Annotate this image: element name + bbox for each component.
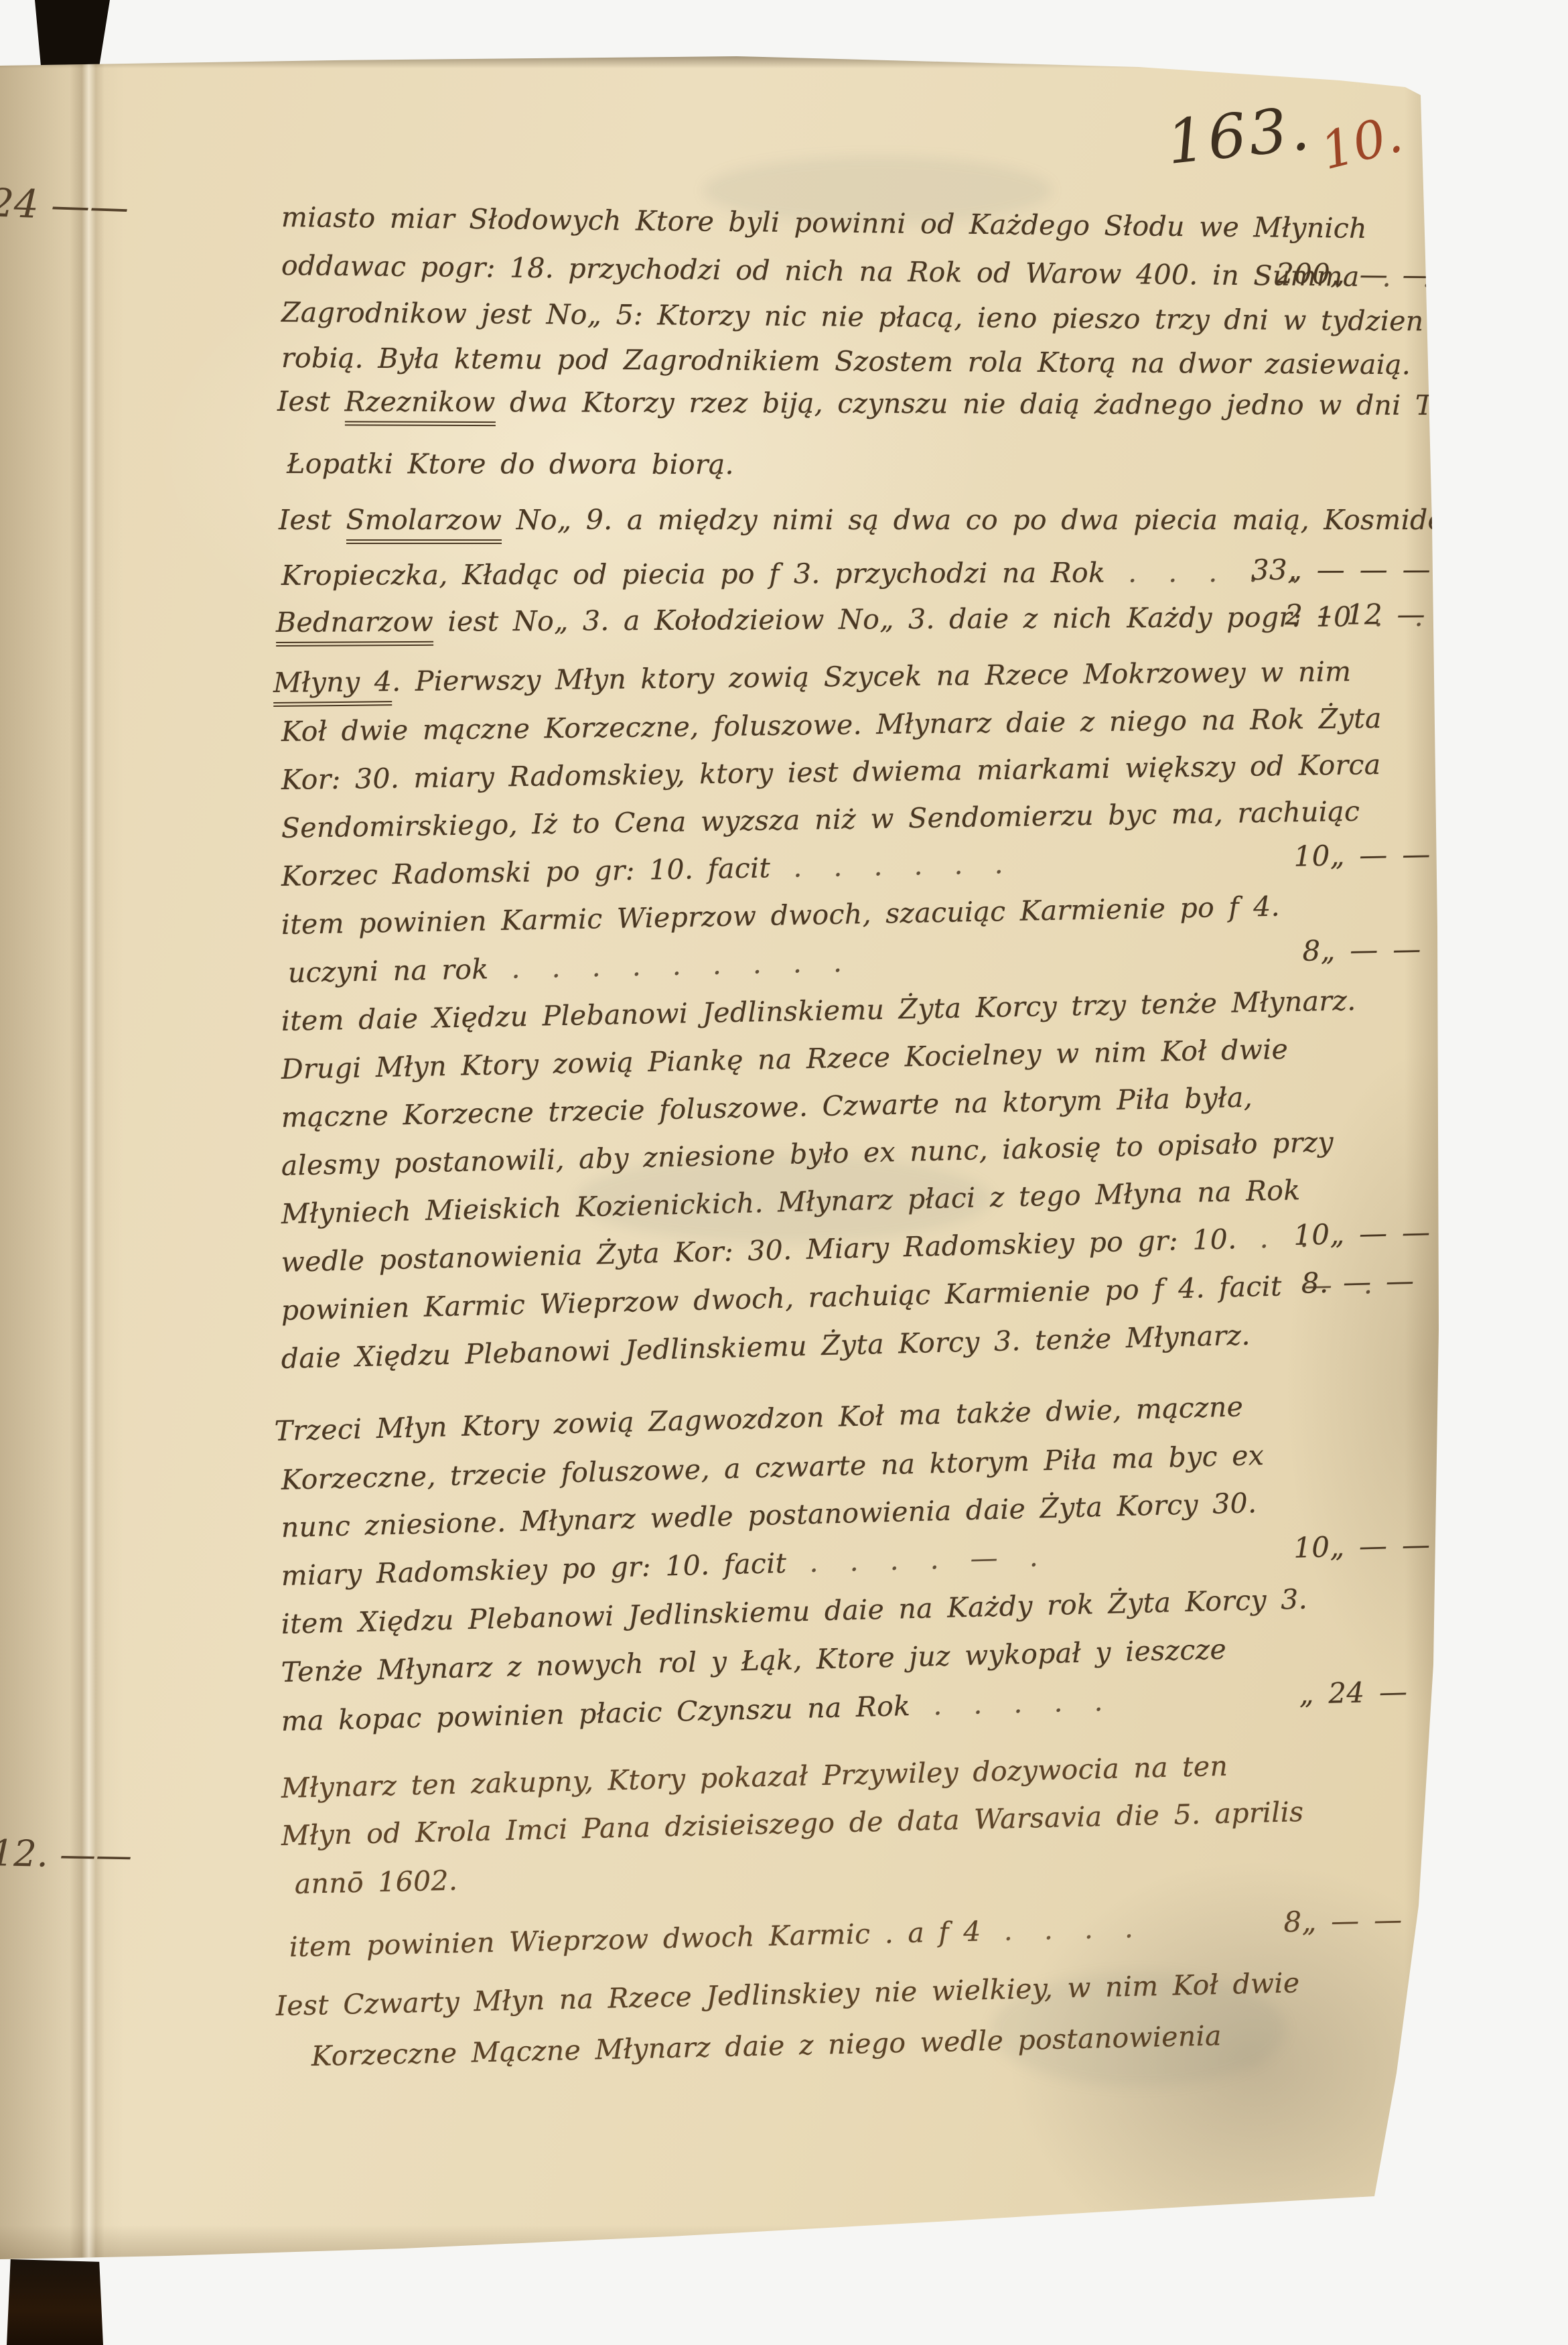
manuscript-line: Bednarzow iest No„ 3. a Kołodzieiow No„ … (276, 600, 1449, 649)
gutter-crease (70, 56, 104, 2262)
margin-amount: 8„ — — (1283, 1903, 1403, 1938)
manuscript-line: Młyny 4. Pierwszy Młyn ktory zowią Szyce… (273, 655, 1447, 710)
underlined-word: Rzeznikow (344, 385, 495, 426)
manuscript-line-text: Koł dwie mączne Korzeczne, foluszowe. Mł… (281, 702, 1382, 748)
underlined-word: Bednarzow (276, 606, 433, 647)
manuscript-line-text: Iest Smolarzow No„ 9. a między nimi są d… (279, 504, 1488, 544)
margin-amount: 8„ — — (1302, 933, 1421, 967)
manuscript-line: item powinien Wieprzow dwoch Karmic . a … (289, 1904, 1463, 1974)
left-margin-amount-bottom: 12. —— (0, 1832, 133, 1877)
left-margin-amount-top: 24 —— (0, 180, 129, 230)
margin-amount: 10„ — — (1293, 837, 1431, 873)
manuscript-line: Kropieczka, Kładąc od piecia po f 3. prz… (281, 555, 1455, 602)
manuscript-line-text: Kropieczka, Kładąc od piecia po f 3. prz… (281, 556, 1307, 592)
margin-amount: 200„ — — (1276, 257, 1431, 291)
manuscript-line-text: item powinien Wieprzow dwoch Karmic . a … (289, 1912, 1142, 1963)
manuscript-line-text: miasto miar Słodowych Ktore byli powinni… (281, 201, 1367, 245)
manuscript-line: Łopatki Ktore do dwora biorą. (287, 448, 1460, 492)
manuscript-scan: 163. 10. 24 —— 12. —— miasto miar Słodow… (0, 0, 1568, 2345)
manuscript-line: Iest Smolarzow No„ 9. a między nimi są d… (279, 504, 1452, 547)
binding-tape-top (35, 0, 110, 66)
leader-dots: . . . . — . (786, 1540, 1047, 1579)
manuscript-line-text: Młyny 4. Pierwszy Młyn ktory zowią Szyce… (273, 655, 1352, 707)
underlined-word: Smolarzow (346, 504, 502, 544)
margin-amount: 33„ — — — (1251, 553, 1431, 586)
manuscript-line-text: Młynarz ten zakupny, Ktory pokazał Przyw… (281, 1750, 1228, 1804)
manuscript-line-text: robią. Była ktemu pod Zagrodnikiem Szost… (281, 342, 1411, 381)
leader-dots: . . . . . . . . . (488, 946, 851, 985)
manuscript-line: Zagrodnikow jest No„ 5: Ktorzy nic nie p… (281, 296, 1455, 348)
manuscript-page: 163. 10. 24 —— 12. —— miasto miar Słodow… (0, 56, 1441, 2262)
leader-dots: . . . . (981, 1912, 1142, 1947)
manuscript-line: oddawac pogr: 18. przychodzi od nich na … (281, 249, 1455, 304)
leader-dots: . . . . . . (770, 848, 1012, 884)
underlined-word: Młyny 4 (273, 665, 393, 707)
manuscript-line-text: Iest Rzeznikow dwa Ktorzy rzez biją, czy… (277, 385, 1537, 426)
manuscript-line-text: Łopatki Ktore do dwora biorą. (287, 448, 734, 480)
margin-amount: 2 – 12 — (1285, 598, 1425, 631)
manuscript-line: robią. Była ktemu pod Zagrodnikiem Szost… (281, 342, 1455, 392)
manuscript-line-text: annō 1602. (294, 1864, 457, 1900)
manuscript-line-text: uczyni na rok . . . . . . . . . (287, 946, 851, 989)
margin-amount: 10„ — — (1293, 1528, 1431, 1564)
folio-number-red: 10. (1315, 104, 1408, 182)
manuscript-line: Iest Rzeznikow dwa Ktorzy rzez biją, czy… (277, 385, 1451, 432)
margin-amount: 10„ — — (1293, 1215, 1431, 1252)
manuscript-line-text: Trzeci Młyn Ktory zowią Zagwozdzon Koł m… (274, 1390, 1244, 1447)
manuscript-line-text: Zagrodnikow jest No„ 5: Ktorzy nic nie p… (281, 296, 1424, 337)
manuscript-line-text: Korzec Radomski po gr: 10. facit . . . .… (281, 848, 1012, 892)
leader-dots: . . . . . (910, 1685, 1112, 1722)
margin-amount: 8. — — (1301, 1264, 1415, 1300)
margin-amount: „ 24 — (1299, 1675, 1408, 1711)
folio-number: 163. (1163, 93, 1315, 178)
manuscript-line: miasto miar Słodowych Ktore byli powinni… (281, 201, 1455, 256)
binding-tape-bottom (7, 2259, 103, 2345)
